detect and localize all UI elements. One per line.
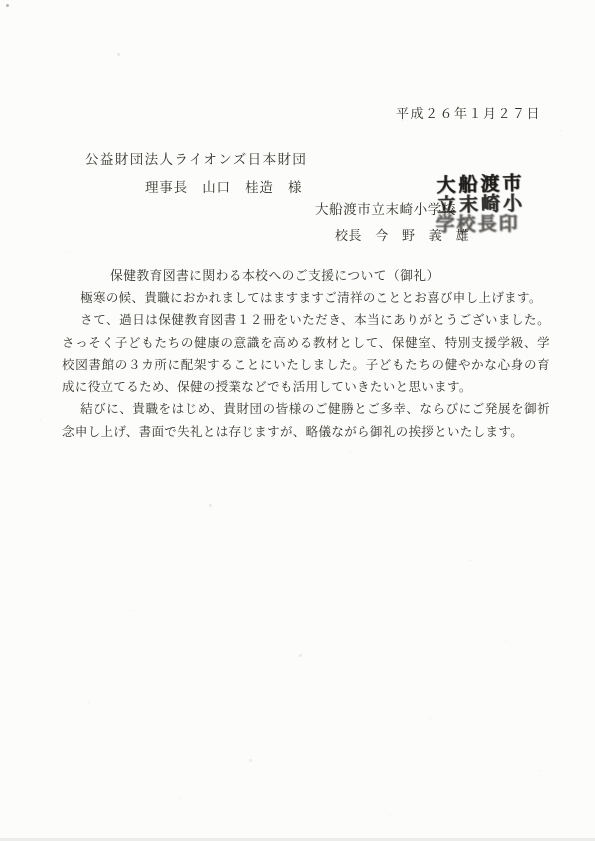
recipient-person: 理事長 山口 桂造 様 — [145, 176, 307, 196]
recipient-organization: 公益財団法人ライオンズ日本財団 — [85, 148, 307, 168]
scanned-letter-page: 平成２６年１月２７日 公益財団法人ライオンズ日本財団 理事長 山口 桂造 様 大… — [0, 0, 595, 841]
body-paragraph-closing: 結びに、貴職をはじめ、貴財団の皆様のご健勝とご多幸、ならびにご発展を御祈念申し上… — [62, 398, 550, 443]
sender-school: 大船渡市立末崎小学校 — [315, 198, 469, 218]
scan-corner-mark — [6, 4, 9, 7]
scan-noise-speckles — [0, 0, 1, 1]
letter-date: 平成２６年１月２７日 — [396, 103, 541, 122]
letter-body: 極寒の候、貴職におかれましてはますますご清祥のこととお喜び申し上げます。 さて、… — [62, 287, 550, 443]
sender-principal-name: 校長 今 野 義 雄 — [335, 225, 469, 244]
body-paragraph-thanks: さて、過日は保健教育図書１２冊をいただき、本当にありがとうございました。さっそく… — [62, 309, 550, 398]
sender-block: 大船渡市立末崎小学校 校長 今 野 義 雄 — [315, 198, 469, 244]
body-paragraph-greeting: 極寒の候、貴職におかれましてはますますご清祥のこととお喜び申し上げます。 — [62, 287, 550, 309]
recipient-block: 公益財団法人ライオンズ日本財団 理事長 山口 桂造 様 — [85, 148, 307, 196]
letter-subject: 保健教育図書に関わる本校へのご支援について（御礼） — [110, 265, 440, 284]
seal-text-line: 大船渡市 — [436, 174, 540, 197]
